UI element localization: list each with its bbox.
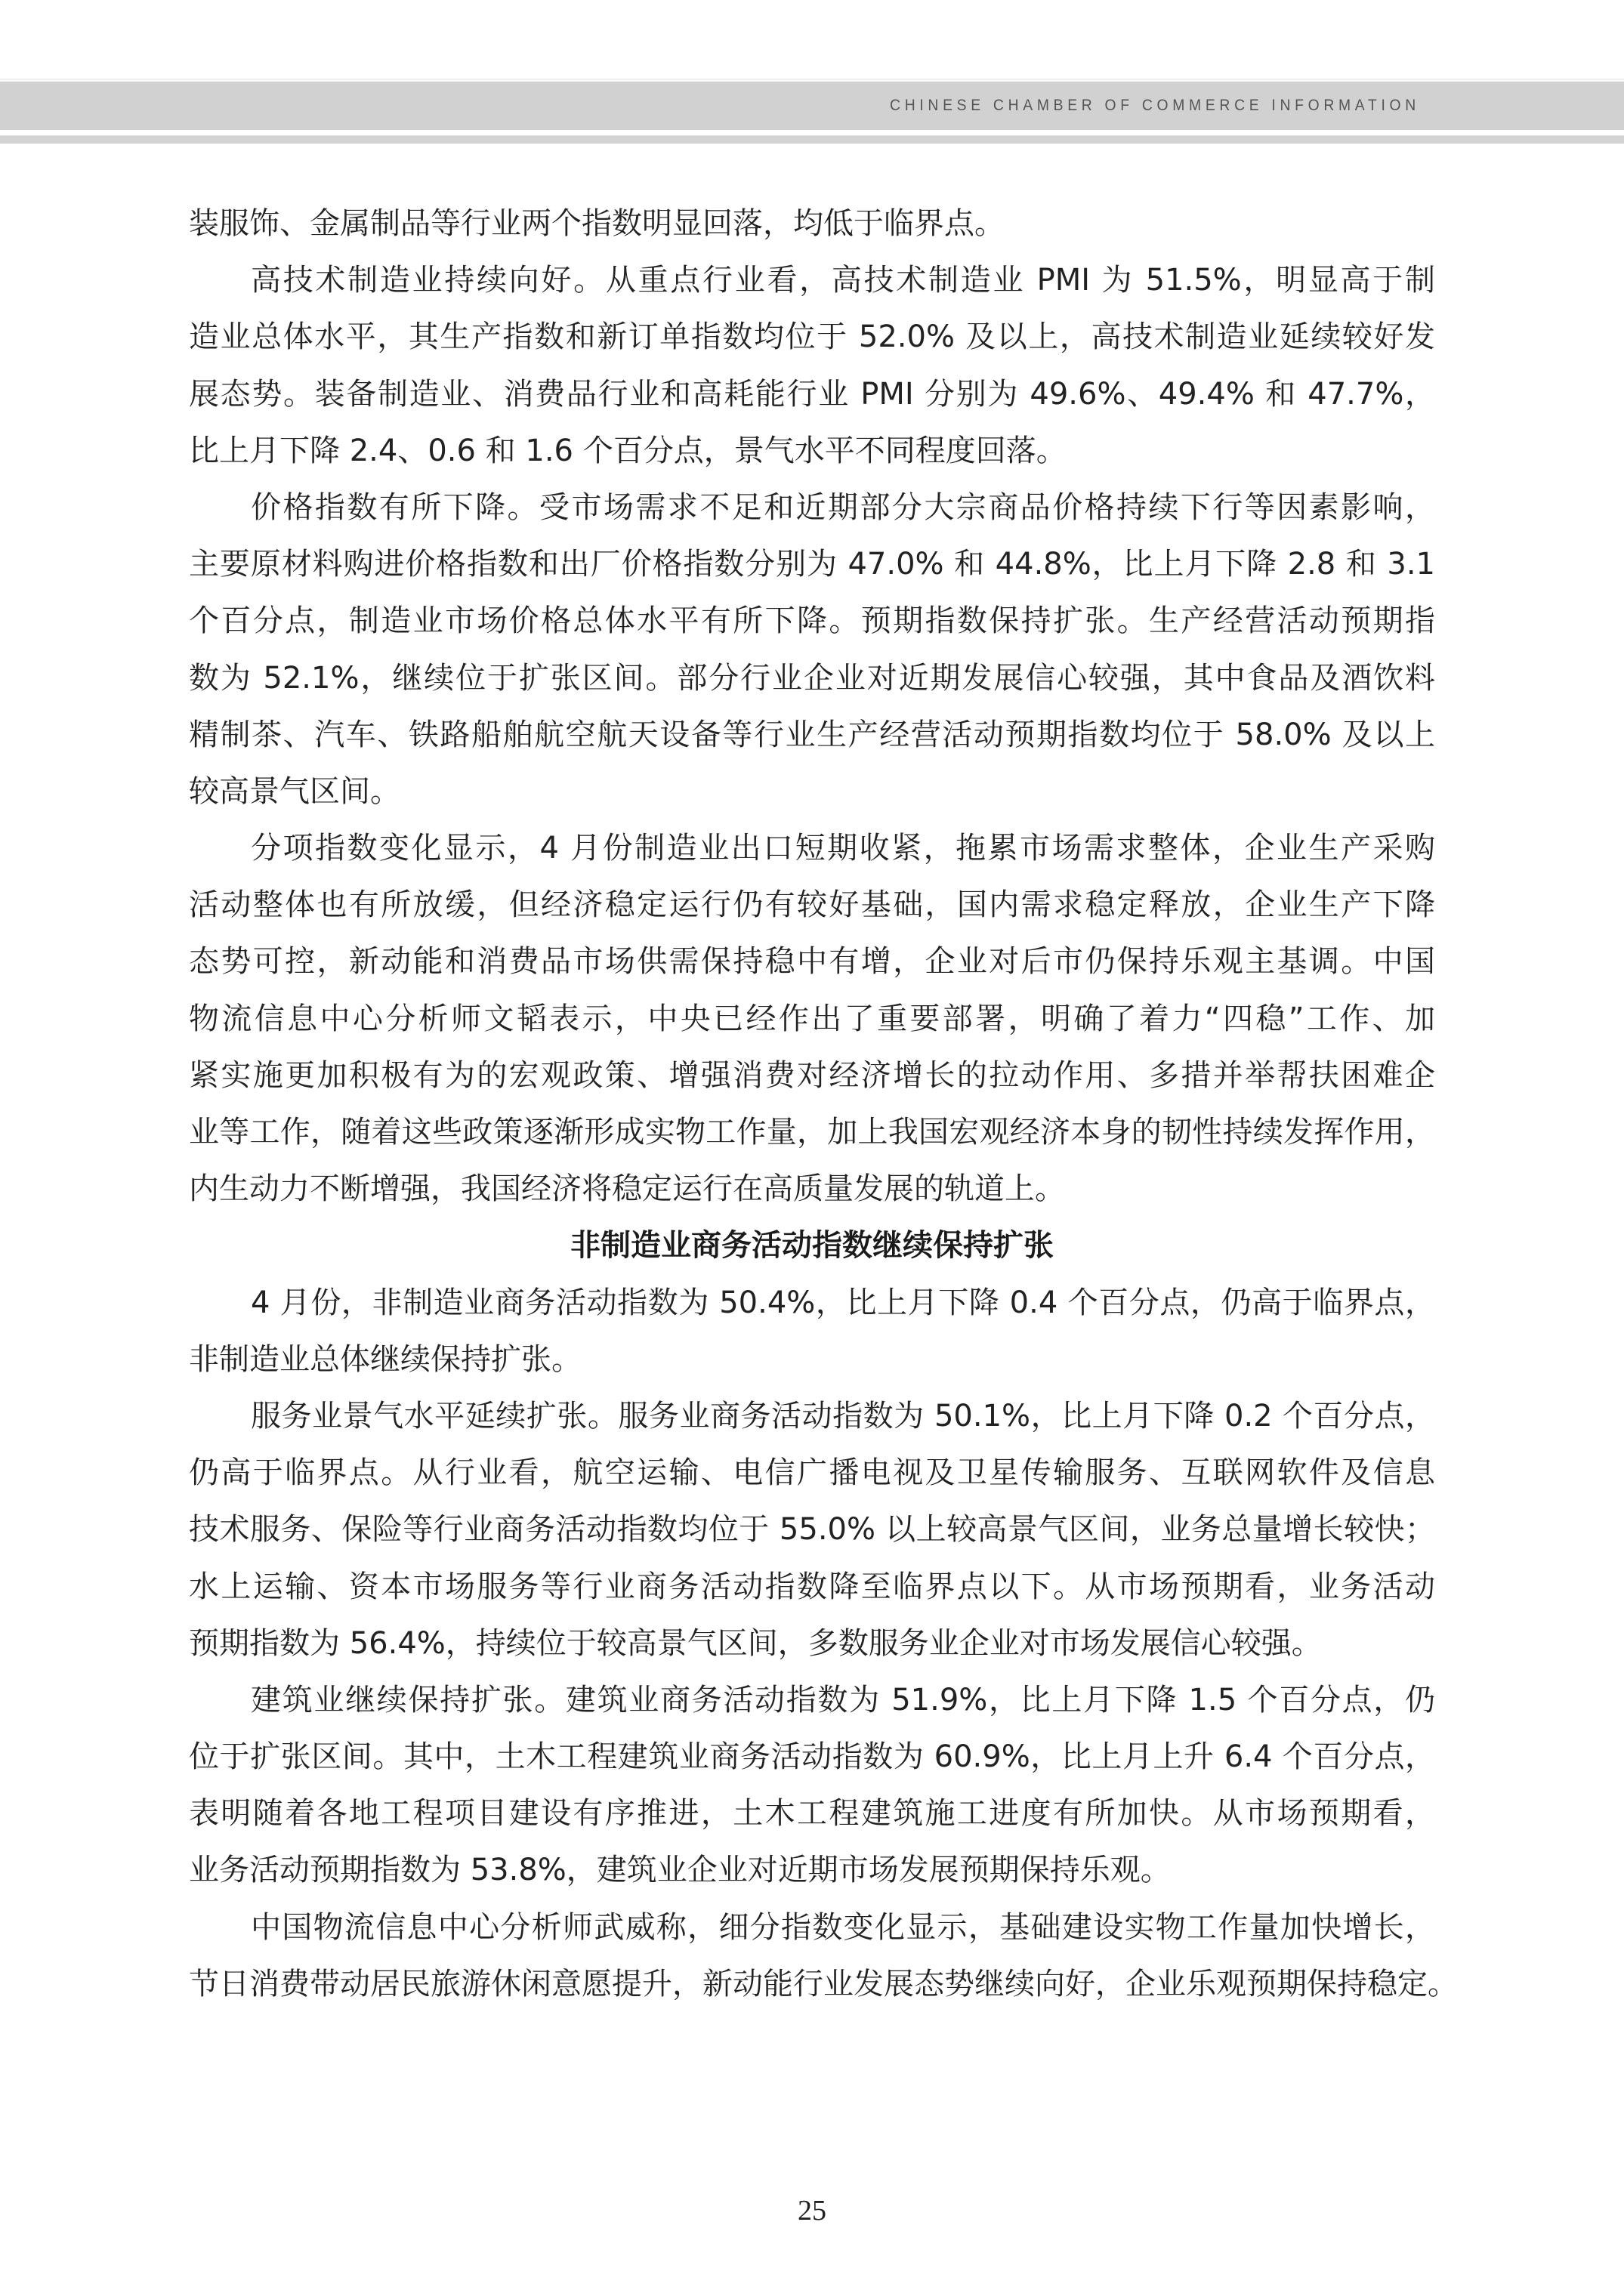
- section-heading: 非制造业商务活动指数继续保持扩张: [189, 1224, 1435, 1281]
- paragraph-line: 精制茶、汽车、铁路船舶航空航天设备等行业生产经营活动预期指数均位于 58.0% …: [189, 714, 1435, 770]
- paragraph-first-line: 建筑业继续保持扩张。建筑业商务活动指数为 51.9%，比上月下降 1.5 个百分…: [189, 1679, 1435, 1736]
- header-divider-bar: [0, 135, 1624, 144]
- paragraph-first-line: 高技术制造业持续向好。从重点行业看，高技术制造业 PMI 为 51.5%，明显高…: [189, 259, 1435, 316]
- paragraph-first-line: 价格指数有所下降。受市场需求不足和近期部分大宗商品价格持续下行等因素影响，: [189, 486, 1435, 543]
- paragraph-line: 水上运输、资本市场服务等行业商务活动指数降至临界点以下。从市场预期看，业务活动: [189, 1566, 1435, 1622]
- paragraph-first-line: 中国物流信息中心分析师武威称，细分指数变化显示，基础建设实物工作量加快增长，: [189, 1906, 1435, 1963]
- paragraph-last-line: 比上月下降 2.4、0.6 和 1.6 个百分点，景气水平不同程度回落。: [189, 430, 1435, 486]
- paragraph-last-line: 装服饰、金属制品等行业两个指数明显回落，均低于临界点。: [189, 202, 1435, 259]
- running-header-band: CHINESE CHAMBER OF COMMERCE INFORMATION: [0, 82, 1624, 130]
- paragraph-line: 仍高于临界点。从行业看，航空运输、电信广播电视及卫星传输服务、互联网软件及信息: [189, 1452, 1435, 1508]
- paragraph-line: 表明随着各地工程项目建设有序推进，土木工程建筑施工进度有所加快。从市场预期看，: [189, 1792, 1435, 1849]
- paragraph-line: 紧实施更加积极有为的宏观政策、增强消费对经济增长的拉动作用、多措并举帮扶困难企: [189, 1054, 1435, 1111]
- article-body: 装服饰、金属制品等行业两个指数明显回落，均低于临界点。高技术制造业持续向好。从重…: [189, 202, 1435, 2020]
- paragraph-line: 位于扩张区间。其中，土木工程建筑业商务活动指数为 60.9%，比上月上升 6.4…: [189, 1736, 1435, 1792]
- paragraph-line: 节日消费带动居民旅游休闲意愿提升，新动能行业发展态势继续向好，企业乐观预期保持稳…: [189, 1963, 1435, 2020]
- paragraph-last-line: 非制造业总体继续保持扩张。: [189, 1338, 1435, 1395]
- paragraph-first-line: 4 月份，非制造业商务活动指数为 50.4%，比上月下降 0.4 个百分点，仍高…: [189, 1282, 1435, 1338]
- paragraph-line: 主要原材料购进价格指数和出厂价格指数分别为 47.0% 和 44.8%，比上月下…: [189, 543, 1435, 600]
- paragraph-last-line: 内生动力不断增强，我国经济将稳定运行在高质量发展的轨道上。: [189, 1168, 1435, 1224]
- paragraph-last-line: 预期指数为 56.4%，持续位于较高景气区间，多数服务业企业对市场发展信心较强。: [189, 1622, 1435, 1679]
- paragraph-line: 态势可控，新动能和消费品市场供需保持稳中有增，企业对后市仍保持乐观主基调。中国: [189, 940, 1435, 997]
- paragraph-line: 个百分点，制造业市场价格总体水平有所下降。预期指数保持扩张。生产经营活动预期指: [189, 600, 1435, 656]
- paragraph-line: 造业总体水平，其生产指数和新订单指数均位于 52.0% 及以上，高技术制造业延续…: [189, 316, 1435, 372]
- paragraph-last-line: 业务活动预期指数为 53.8%，建筑业企业对近期市场发展预期保持乐观。: [189, 1849, 1435, 1906]
- paragraph-line: 技术服务、保险等行业商务活动指数均位于 55.0% 以上较高景气区间，业务总量增…: [189, 1508, 1435, 1565]
- paragraph-last-line: 较高景气区间。: [189, 770, 1435, 827]
- header-top-rule: [0, 79, 1624, 80]
- paragraph-line: 业等工作，随着这些政策逐渐形成实物工作量，加上我国宏观经济本身的韧性持续发挥作用…: [189, 1111, 1435, 1168]
- page-number: 25: [0, 2194, 1624, 2227]
- paragraph-first-line: 服务业景气水平延续扩张。服务业商务活动指数为 50.1%，比上月下降 0.2 个…: [189, 1395, 1435, 1452]
- paragraph-line: 展态势。装备制造业、消费品行业和高耗能行业 PMI 分别为 49.6%、49.4…: [189, 373, 1435, 430]
- paragraph-first-line: 分项指数变化显示，4 月份制造业出口短期收紧，拖累市场需求整体，企业生产采购: [189, 827, 1435, 884]
- paragraph-line: 物流信息中心分析师文韬表示，中央已经作出了重要部署，明确了着力“四稳”工作、加: [189, 998, 1435, 1054]
- publication-title: CHINESE CHAMBER OF COMMERCE INFORMATION: [890, 82, 1420, 130]
- paragraph-line: 数为 52.1%，继续位于扩张区间。部分行业企业对近期发展信心较强，其中食品及酒…: [189, 657, 1435, 714]
- paragraph-line: 活动整体也有所放缓，但经济稳定运行仍有较好基础，国内需求稳定释放，企业生产下降: [189, 884, 1435, 940]
